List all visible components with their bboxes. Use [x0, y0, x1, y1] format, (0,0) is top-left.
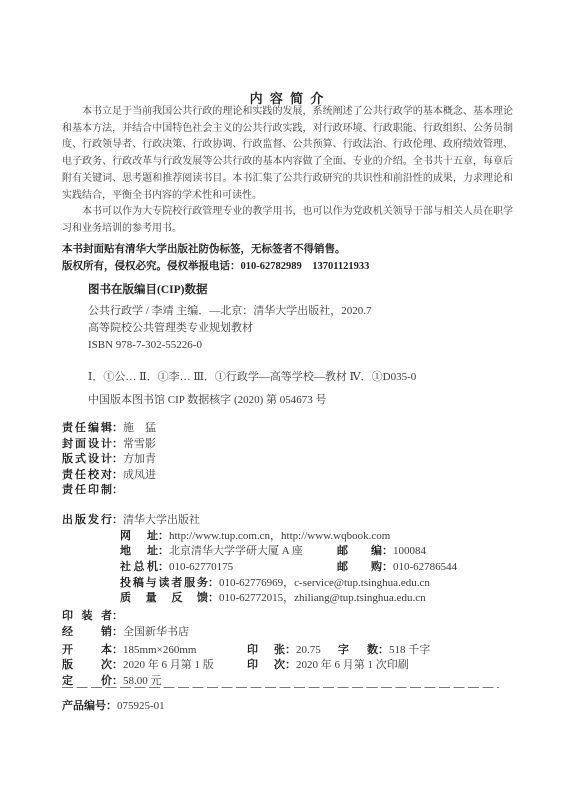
anti-piracy-notice: 本书封面贴有清华大学出版社防伪标签，无标签者不得销售。 版权所有，侵权必究。侵权…: [62, 241, 513, 275]
product-number-row: 产品编号：075925-01: [62, 697, 165, 713]
notice-line-1: 本书封面贴有清华大学出版社防伪标签，无标签者不得销售。: [62, 241, 513, 258]
cip-block: 公共行政学 / 李靖 主编．—北京：清华大学出版社，2020.7 高等院校公共管…: [88, 303, 372, 354]
cip-classification-line: Ⅰ．①公… Ⅱ．①李… Ⅲ．①行政学—高等学校—教材 Ⅳ．①D035-0: [88, 368, 416, 384]
distributor-row: 经销：全国新华书店: [62, 623, 513, 639]
website-value: http://www.tup.com.cn，http://www.wqbook.…: [169, 530, 390, 542]
copyright-page: 内 容 简 介 本书立足于当前我国公共行政的理论和实践的发展，系统阐述了公共行政…: [0, 0, 574, 800]
printer-row: 印装者：: [62, 607, 513, 623]
publisher-label: 出版发行: [62, 511, 112, 527]
credit-value: 成凤进: [123, 469, 156, 481]
edition-label: 版次: [62, 656, 112, 672]
quality-feedback-value: 010-62772015，zhiliang@tup.tsinghua.edu.c…: [219, 592, 426, 604]
product-number-value: 075925-01: [117, 700, 165, 712]
format-label: 开本: [62, 641, 112, 657]
impression-label: 印次: [247, 656, 285, 672]
sheets-pair: 印张：20.75: [247, 641, 321, 657]
publication-info: 出版发行：清华大学出版社 网址：http://www.tup.com.cn，ht…: [62, 511, 513, 688]
colon: ：: [158, 561, 169, 573]
distributor-label: 经销: [62, 623, 112, 639]
credit-label: 责任校对: [62, 466, 112, 482]
publisher-value: 清华大学出版社: [123, 514, 200, 526]
format-row: 开本：185mm×260mm 印张：20.75 字数：518 千字: [62, 641, 513, 657]
colon: ：: [106, 700, 117, 712]
sheets-value: 20.75: [296, 644, 321, 656]
dashed-separator: [62, 687, 499, 688]
reader-service-value: 010-62776969，c-service@tup.tsinghua.edu.…: [219, 577, 430, 589]
colon: ：: [285, 644, 296, 656]
credit-value: 方加青: [123, 453, 156, 465]
switchboard-label: 社总机: [120, 558, 158, 574]
cip-heading: 图书在版编目(CIP)数据: [88, 281, 207, 297]
switchboard-row: 社总机：010-62770175 邮购：010-62786544: [62, 558, 513, 574]
postcode-value: 100084: [393, 545, 426, 557]
printer-label: 印装者: [62, 607, 112, 623]
sheets-label: 印张: [247, 641, 285, 657]
colon: ：: [112, 659, 123, 671]
credit-row-layout-design: 版式设计：方加青: [62, 450, 156, 466]
colon: ：: [112, 484, 123, 496]
website-label: 网址: [120, 527, 158, 543]
distributor-value: 全国新华书店: [123, 626, 189, 638]
colon: ：: [112, 644, 123, 656]
colon: ：: [208, 577, 219, 589]
credit-row-cover-design: 封面设计：常雪影: [62, 435, 156, 451]
address-row: 地址：北京清华大学学研大厦 A 座 邮编：100084: [62, 542, 513, 558]
postcode-label: 邮编: [337, 542, 382, 558]
intro-paragraph-1: 本书立足于当前我国公共行政的理论和实践的发展，系统阐述了公共行政学的基本概念、基…: [62, 104, 513, 204]
notice-line-2: 版权所有，侵权必究。侵权举报电话：010-62782989 1370112193…: [62, 258, 513, 275]
website-row: 网址：http://www.tup.com.cn，http://www.wqbo…: [62, 527, 513, 543]
credit-label: 责任印制: [62, 481, 112, 497]
price-value: 58.00 元: [123, 675, 162, 687]
colon: ：: [285, 659, 296, 671]
credit-label: 版式设计: [62, 450, 112, 466]
reader-service-row: 投稿与读者服务：010-62776969，c-service@tup.tsing…: [62, 574, 513, 590]
edition-row: 版次：2020 年 6 月第 1 版 印次：2020 年 6 月第 1 次印刷: [62, 656, 513, 672]
colon: ：: [382, 545, 393, 557]
colon: ：: [112, 438, 123, 450]
reader-service-label: 投稿与读者服务: [120, 574, 208, 590]
colon: ：: [112, 675, 123, 687]
address-label: 地址: [120, 542, 158, 558]
colon: ：: [378, 644, 389, 656]
quality-feedback-label: 质量反馈: [120, 589, 208, 605]
cip-isbn-line: ISBN 978-7-302-55226-0: [88, 337, 372, 354]
quality-feedback-row: 质量反馈：010-62772015，zhiliang@tup.tsinghua.…: [62, 589, 513, 605]
colon: ：: [158, 530, 169, 542]
price-label: 定价: [62, 672, 112, 688]
address-value: 北京清华大学学研大厦 A 座: [169, 545, 303, 557]
colon: ：: [112, 422, 123, 434]
colon: ：: [112, 610, 123, 622]
cip-series-line: 高等院校公共管理类专业规划教材: [88, 320, 372, 337]
colon: ：: [112, 453, 123, 465]
colon: ：: [112, 626, 123, 638]
word-count-value: 518 千字: [389, 644, 430, 656]
switchboard-value: 010-62770175: [169, 561, 233, 573]
credit-row-proofreader: 责任校对：成凤进: [62, 466, 156, 482]
product-number-label: 产品编号: [62, 700, 106, 712]
word-count-label: 字数: [338, 641, 378, 657]
credit-row-print-supervisor: 责任印制：: [62, 481, 156, 497]
cip-title-line: 公共行政学 / 李靖 主编．—北京：清华大学出版社，2020.7: [88, 303, 372, 320]
price-row: 定价：58.00 元: [62, 672, 513, 688]
postcode-pair: 邮编：100084: [337, 542, 426, 558]
credit-label: 责任编辑: [62, 419, 112, 435]
mail-order-pair: 邮购：010-62786544: [337, 558, 457, 574]
cip-record-line: 中国版本图书馆 CIP 数据核字 (2020) 第 054673 号: [88, 391, 327, 407]
intro-paragraph-2: 本书可以作为大专院校行政管理专业的教学用书，也可以作为党政机关领导干部与相关人员…: [62, 204, 513, 237]
colon: ：: [382, 561, 393, 573]
colon: ：: [112, 514, 123, 526]
format-value: 185mm×260mm: [123, 644, 196, 656]
credit-value: 施 猛: [123, 422, 156, 434]
impression-pair: 印次：2020 年 6 月第 1 次印刷: [247, 656, 409, 672]
colon: ：: [208, 592, 219, 604]
colon: ：: [158, 545, 169, 557]
colon: ：: [112, 469, 123, 481]
credit-value: 常雪影: [123, 438, 156, 450]
edition-value: 2020 年 6 月第 1 版: [123, 659, 214, 671]
word-count-pair: 字数：518 千字: [338, 641, 430, 657]
impression-value: 2020 年 6 月第 1 次印刷: [296, 659, 409, 671]
mail-order-value: 010-62786544: [393, 561, 457, 573]
publisher-row: 出版发行：清华大学出版社: [62, 511, 513, 527]
credit-label: 封面设计: [62, 435, 112, 451]
credit-row-editor: 责任编辑：施 猛: [62, 419, 156, 435]
intro-section: 本书立足于当前我国公共行政的理论和实践的发展，系统阐述了公共行政学的基本概念、基…: [62, 104, 513, 238]
editorial-credits: 责任编辑：施 猛 封面设计：常雪影 版式设计：方加青 责任校对：成凤进 责任印制…: [62, 419, 156, 497]
mail-order-label: 邮购: [337, 558, 382, 574]
